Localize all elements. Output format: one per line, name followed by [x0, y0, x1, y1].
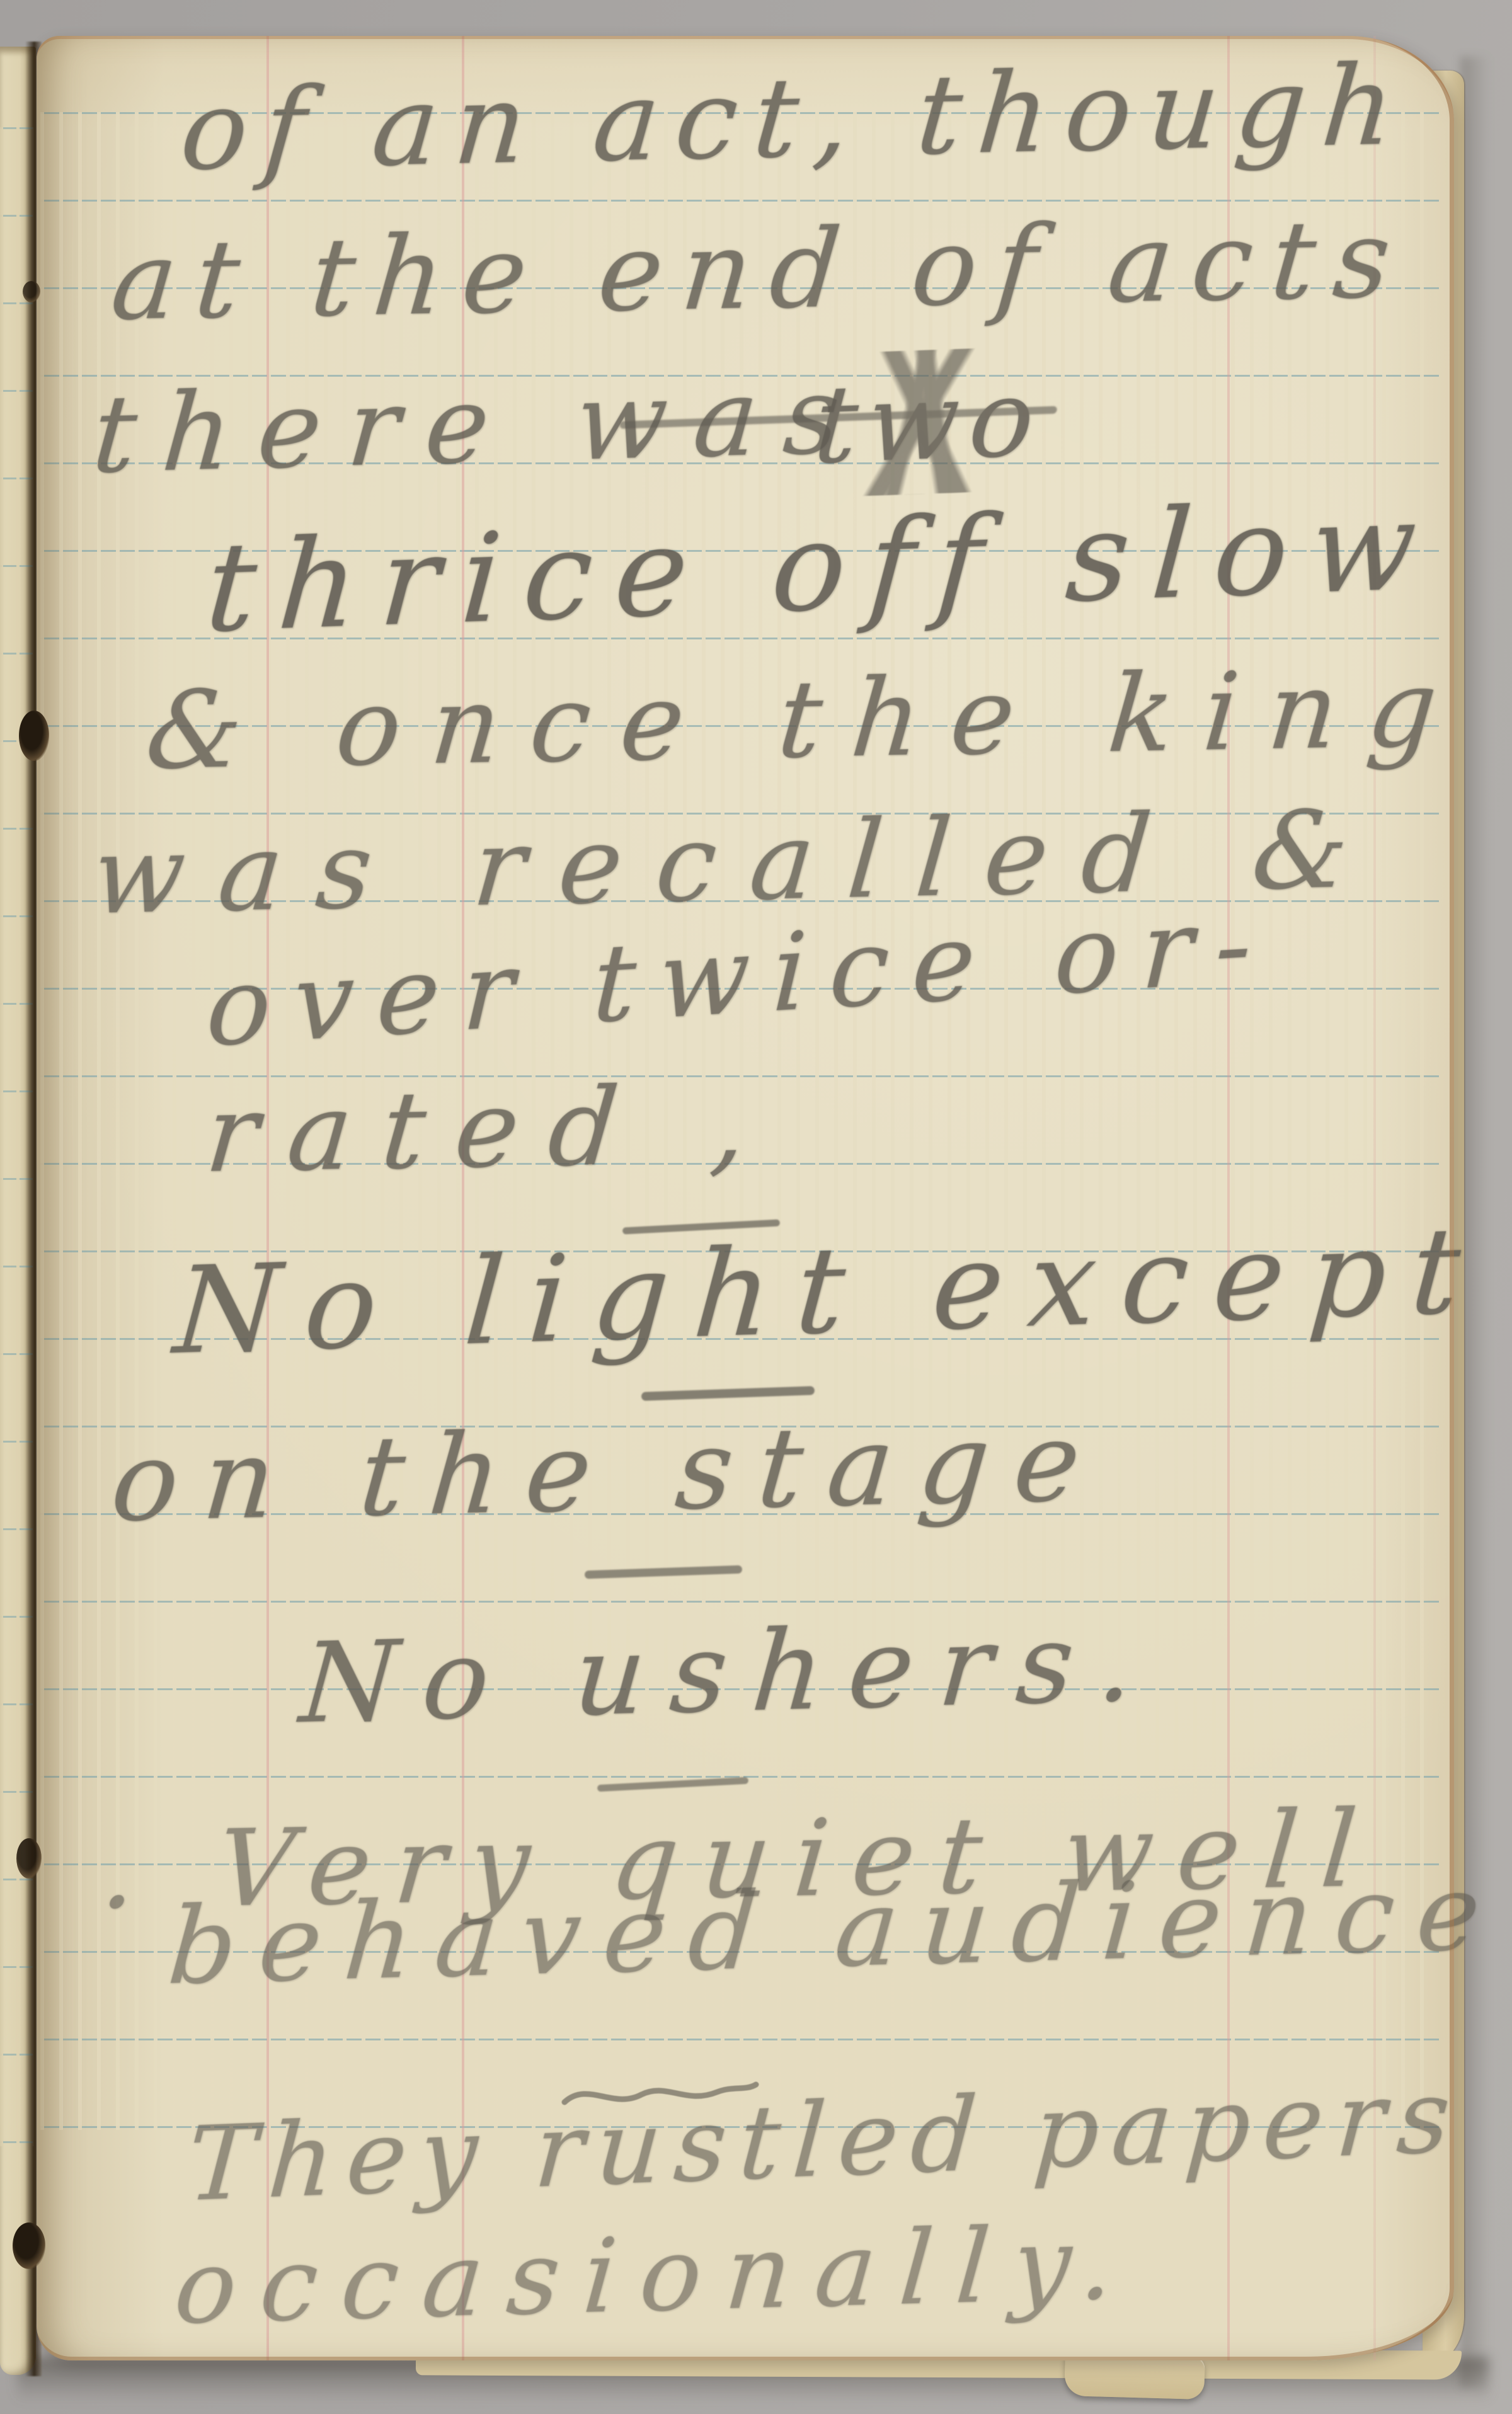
stitch-hole — [13, 2222, 45, 2269]
stitch-hole — [16, 1838, 42, 1879]
handwriting-line: No ushers. — [297, 1604, 1164, 1742]
handwriting-line: at the end of acts — [107, 202, 1414, 339]
struck-out-word: two — [811, 362, 1048, 483]
margin-line-right — [1227, 36, 1230, 2360]
scanned-notebook-photo: of an act, though at the end of acts the… — [0, 0, 1512, 2414]
stitch-hole — [19, 711, 49, 761]
handwriting-line: rated , — [202, 1068, 781, 1191]
handwriting-line: there was — [89, 359, 870, 492]
struck-word-text: two — [811, 362, 1048, 483]
handwriting-line: of an act, though — [176, 48, 1414, 190]
margin-line-right-faint — [1373, 36, 1376, 2360]
handwriting-line: on the stage — [107, 1404, 1109, 1541]
stitch-hole — [23, 281, 40, 302]
handwriting-line: & once the king — [142, 652, 1472, 787]
notebook-page: of an act, though at the end of acts the… — [37, 36, 1454, 2360]
handwriting-line: occasionally. — [171, 2209, 1142, 2342]
